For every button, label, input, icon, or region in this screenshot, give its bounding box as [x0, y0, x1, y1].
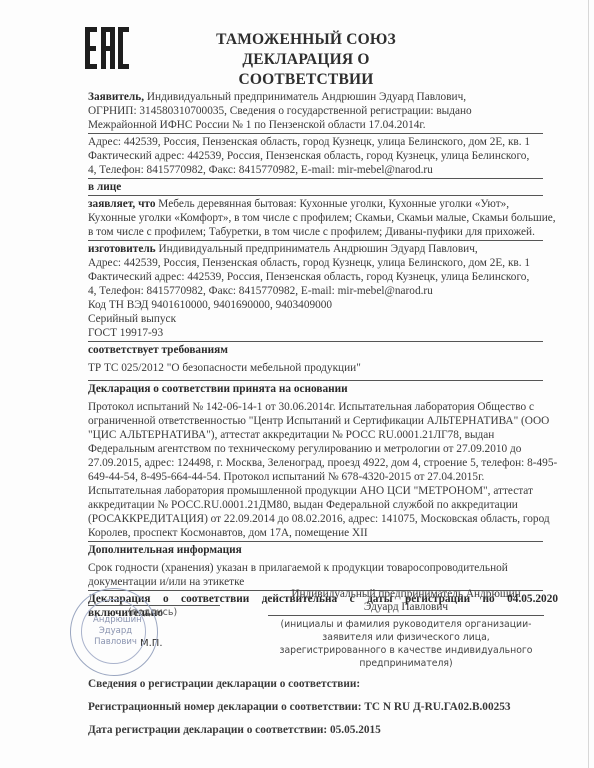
applicant-actual-address: Фактический адрес: 442539, Россия, Пензе…: [88, 149, 558, 163]
tn-ved-code: Код ТН ВЭД 9401610000, 9401690000, 94034…: [88, 298, 558, 312]
manufacturer-contacts: 4, Телефон: 8415770982, Факс: 8415770982…: [88, 284, 558, 298]
registration-number: Регистрационный номер декларации о соотв…: [88, 701, 558, 713]
technical-regulation: ТР ТС 025/2012 "О безопасности мебельной…: [88, 358, 558, 380]
registration-heading: Сведения о регистрации декларации о соот…: [88, 678, 558, 690]
title-line-2: ДЕКЛАРАЦИЯ О СООТВЕТСТВИИ: [188, 50, 424, 90]
declares-section: заявляет, что Мебель деревянная бытовая:…: [88, 196, 558, 240]
officer-title: Индивидуальный предприниматель Андрюшин: [268, 588, 544, 601]
applicant-registration: Межрайонной ИФНС России № 1 по Пензенско…: [88, 118, 558, 132]
officer-line: [268, 615, 544, 616]
title-line-1: ТАМОЖЕННЫЙ СОЮЗ: [188, 30, 424, 50]
manufacturer-actual-address: Фактический адрес: 442539, Россия, Пензе…: [88, 270, 558, 284]
applicant-label: Заявитель,: [88, 91, 144, 103]
applicant-contacts: 4, Телефон: 8415770982, Факс: 8415770982…: [88, 163, 558, 177]
eac-logo-icon: [84, 25, 130, 71]
officer-caption: (инициалы и фамилия руководителя организ…: [268, 618, 544, 670]
applicant-ogrnip: ОГРНИП: 314580310700035, Сведения о госу…: [88, 104, 558, 118]
manufacturer-name: Индивидуальный предприниматель Андрюшин …: [156, 243, 478, 255]
registration-date: Дата регистрации декларации о соответств…: [88, 724, 558, 736]
page-edge: [588, 0, 589, 768]
manufacturer-label: изготовитель: [88, 243, 156, 255]
additional-info-label: Дополнительная информация: [88, 544, 242, 556]
product-description: Мебель деревянная бытовая: Кухонные угол…: [88, 198, 556, 238]
manufacturer-section: изготовитель Индивидуальный предпринимат…: [88, 241, 558, 341]
manufacturer-address: Адрес: 442539, Россия, Пензенская област…: [88, 256, 558, 270]
declaration-body: Заявитель, Индивидуальный предпринимател…: [88, 89, 558, 621]
seal-stamp-icon: Андрюшин Эдуард Павлович: [70, 588, 158, 676]
declares-label: заявляет, что: [88, 198, 155, 210]
applicant-address: Адрес: 442539, Россия, Пензенская област…: [88, 135, 558, 149]
requirements-label: соответствует требованиям: [88, 344, 228, 356]
stamp-text: Андрюшин Эдуард Павлович: [93, 615, 138, 648]
officer-name: Эдуард Павлович: [268, 601, 544, 614]
document-title: ТАМОЖЕННЫЙ СОЮЗ ДЕКЛАРАЦИЯ О СООТВЕТСТВИ…: [188, 30, 424, 90]
registration-section: Сведения о регистрации декларации о соот…: [88, 678, 558, 747]
officer-block: Индивидуальный предприниматель Андрюшин …: [268, 588, 544, 670]
applicant-section: Заявитель, Индивидуальный предпринимател…: [88, 89, 558, 133]
additional-info-text: Срок годности (хранения) указан в прилаг…: [88, 558, 558, 590]
represented-by-label: в лице: [88, 181, 121, 193]
applicant-name: Индивидуальный предприниматель Андрюшин …: [144, 91, 466, 103]
basis-text: Протокол испытаний № 142-06-14-1 от 30.0…: [88, 397, 558, 541]
signature-area: (подпись) М.П. Индивидуальный предприним…: [88, 588, 558, 678]
applicant-address-section: Адрес: 442539, Россия, Пензенская област…: [88, 134, 558, 178]
serial-release: Серийный выпуск: [88, 312, 558, 326]
gost-standard: ГОСТ 19917-93: [88, 326, 558, 340]
basis-label: Декларация о соответствии принята на осн…: [88, 383, 348, 395]
